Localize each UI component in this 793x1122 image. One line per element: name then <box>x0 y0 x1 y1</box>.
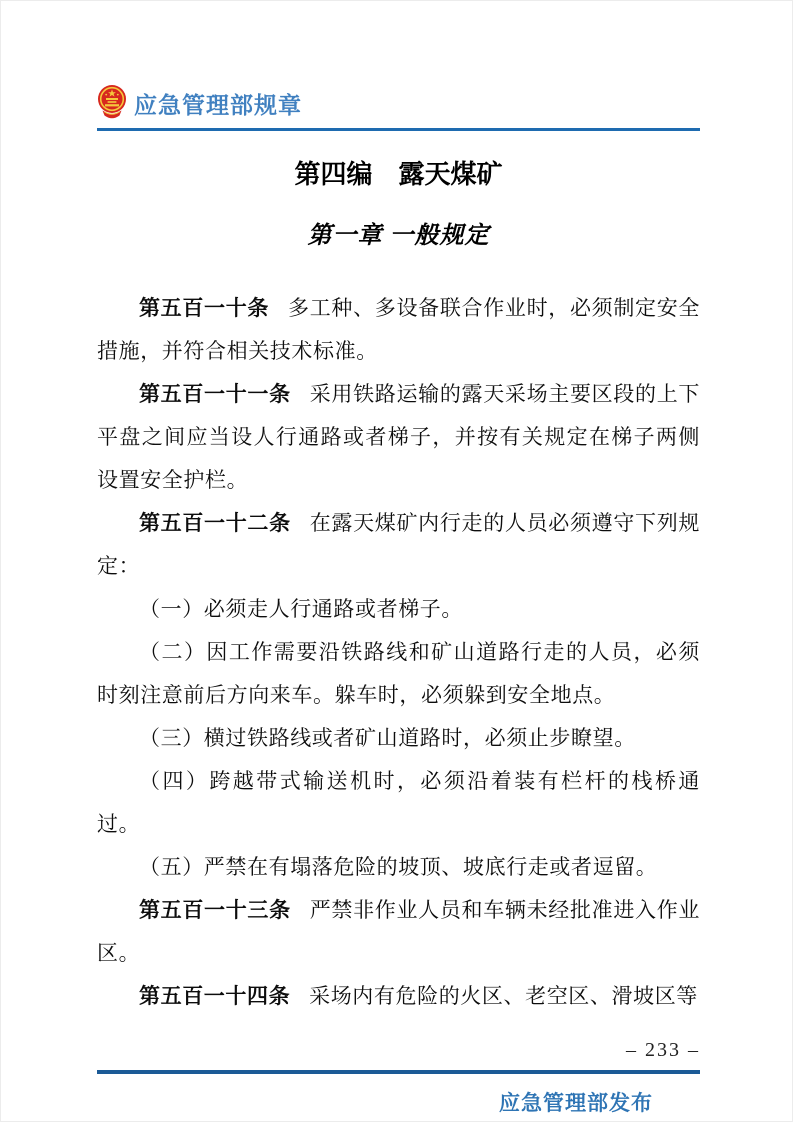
article-paragraph: （三）横过铁路线或者矿山道路时，必须止步瞭望。 <box>97 717 700 760</box>
page-number: – 233 – <box>97 1039 700 1061</box>
article-text: （一）必须走人行通路或者梯子。 <box>139 597 463 621</box>
header-rule <box>97 128 700 131</box>
article-paragraph: 第五百一十条多工种、多设备联合作业时，必须制定安全措施，并符合相关技术标准。 <box>97 287 700 373</box>
article-body: 第五百一十条多工种、多设备联合作业时，必须制定安全措施，并符合相关技术标准。第五… <box>97 287 700 1018</box>
chapter-title: 第一章 一般规定 <box>97 222 700 250</box>
article-paragraph: （二）因工作需要沿铁路线和矿山道路行走的人员，必须时刻注意前后方向来车。躲车时，… <box>97 631 700 717</box>
publisher-label: 应急管理部发布 <box>97 1091 653 1117</box>
article-text: （四）跨越带式输送机时，必须沿着装有栏杆的栈桥通过。 <box>97 769 700 836</box>
article-number: 第五百一十一条 <box>139 383 291 406</box>
footer-rule <box>97 1070 700 1074</box>
article-number: 第五百一十二条 <box>139 512 291 535</box>
article-paragraph: 第五百一十一条采用铁路运输的露天采场主要区段的上下平盘之间应当设人行通路或者梯子… <box>97 373 700 502</box>
page-header: 应急管理部规章 <box>97 84 700 122</box>
article-paragraph: 第五百一十四条采场内有危险的火区、老空区、滑坡区等 <box>97 975 700 1018</box>
article-paragraph: （一）必须走人行通路或者梯子。 <box>97 588 700 631</box>
article-paragraph: （四）跨越带式输送机时，必须沿着装有栏杆的栈桥通过。 <box>97 760 700 846</box>
article-number: 第五百一十三条 <box>139 899 291 922</box>
article-text: 采场内有危险的火区、老空区、滑坡区等 <box>309 984 698 1008</box>
article-paragraph: （五）严禁在有塌落危险的坡顶、坡底行走或者逗留。 <box>97 846 700 889</box>
article-text: （二）因工作需要沿铁路线和矿山道路行走的人员，必须时刻注意前后方向来车。躲车时，… <box>97 640 700 707</box>
article-text: （三）横过铁路线或者矿山道路时，必须止步瞭望。 <box>139 726 636 750</box>
national-emblem-icon <box>97 84 127 122</box>
part-title: 第四编 露天煤矿 <box>97 159 700 189</box>
article-paragraph: 第五百一十三条严禁非作业人员和车辆未经批准进入作业区。 <box>97 889 700 975</box>
article-paragraph: 第五百一十二条在露天煤矿内行走的人员必须遵守下列规定： <box>97 502 700 588</box>
article-number: 第五百一十四条 <box>139 985 290 1008</box>
article-text: （五）严禁在有塌落危险的坡顶、坡底行走或者逗留。 <box>139 855 657 879</box>
header-title: 应急管理部规章 <box>134 87 302 120</box>
article-number: 第五百一十条 <box>139 297 269 320</box>
document-page: 应急管理部规章 第四编 露天煤矿 第一章 一般规定 第五百一十条多工种、多设备联… <box>0 0 793 1122</box>
